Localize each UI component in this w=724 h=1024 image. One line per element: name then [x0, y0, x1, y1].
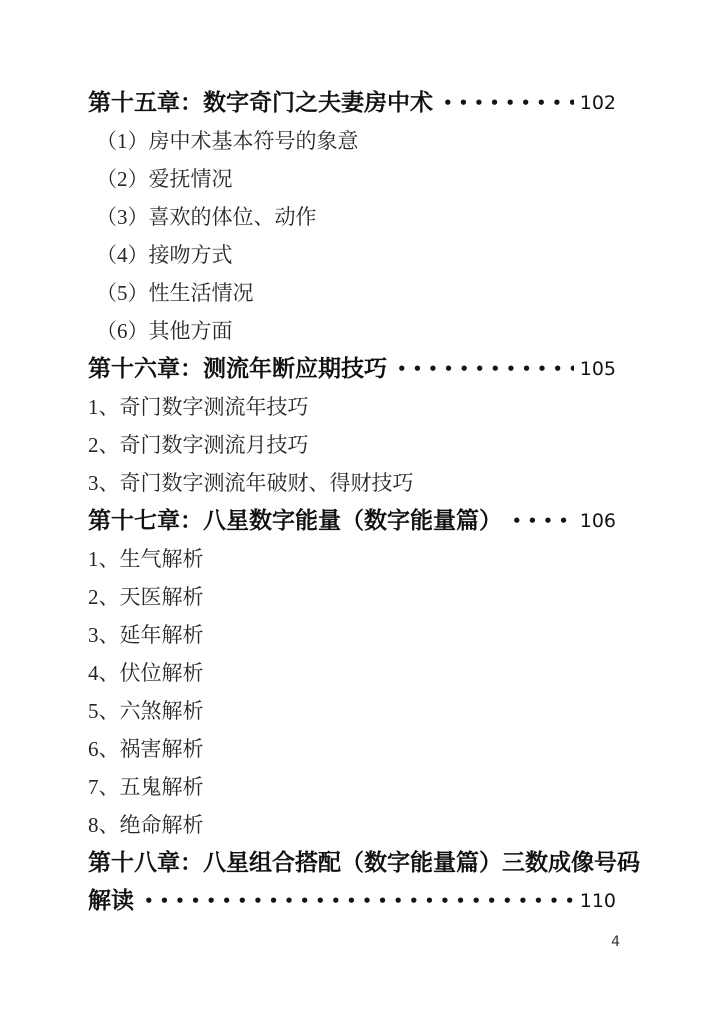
toc-entry-page-number: 105 — [580, 350, 616, 388]
toc-entry: 第十七章：八星数字能量（数字能量篇）•••••••••106 — [88, 502, 616, 540]
toc-entry: （4）接吻方式 — [88, 236, 616, 274]
dot-leader: ••••••••••••••••• — [397, 350, 574, 388]
toc-entry: 6、祸害解析 — [88, 730, 616, 768]
toc-entry-label: 4、伏位解析 — [88, 654, 204, 692]
toc-entry: 第十六章：测流年断应期技巧•••••••••••••••••105 — [88, 350, 616, 388]
toc-entry-label: 第十五章：数字奇门之夫妻房中术 — [88, 84, 433, 122]
toc-entry-label: 3、延年解析 — [88, 616, 204, 654]
toc-entry: 8、绝命解析 — [88, 806, 616, 844]
toc-entry: 第十五章：数字奇门之夫妻房中术•••••••••••••102 — [88, 84, 616, 122]
toc-entry-label: 2、天医解析 — [88, 578, 204, 616]
toc-entry: 7、五鬼解析 — [88, 768, 616, 806]
toc: 第十五章：数字奇门之夫妻房中术•••••••••••••102（1）房中术基本符… — [88, 84, 616, 920]
toc-entry-label: 第十八章：八星组合搭配（数字能量篇）三数成像号码 — [88, 844, 640, 882]
toc-entry-page-number: 110 — [580, 882, 616, 920]
toc-entry: 1、生气解析 — [88, 540, 616, 578]
toc-entry: 5、六煞解析 — [88, 692, 616, 730]
toc-entry-label: 6、祸害解析 — [88, 730, 204, 768]
toc-entry: 2、天医解析 — [88, 578, 616, 616]
toc-entry: 4、伏位解析 — [88, 654, 616, 692]
toc-entry: 1、奇门数字测流年技巧 — [88, 388, 616, 426]
toc-entry: 第十八章：八星组合搭配（数字能量篇）三数成像号码 — [88, 844, 616, 882]
toc-entry: （5）性生活情况 — [88, 274, 616, 312]
toc-entry-label: （2）爱抚情况 — [96, 160, 233, 198]
toc-entry-label: 3、奇门数字测流年破财、得财技巧 — [88, 464, 414, 502]
toc-entry-label: （3）喜欢的体位、动作 — [96, 198, 317, 236]
toc-entry: 解读••••••••••••••••••••••••••••••••••••••… — [88, 882, 616, 920]
toc-entry: 2、奇门数字测流月技巧 — [88, 426, 616, 464]
toc-entry-label: （1）房中术基本符号的象意 — [96, 122, 359, 160]
toc-entry-label: 1、生气解析 — [88, 540, 204, 578]
toc-entry-label: 7、五鬼解析 — [88, 768, 204, 806]
toc-entry-page-number: 106 — [580, 502, 616, 540]
toc-entry-label: 第十六章：测流年断应期技巧 — [88, 350, 387, 388]
toc-entry-label: （4）接吻方式 — [96, 236, 233, 274]
toc-entry-label: 解读 — [88, 882, 134, 920]
toc-entry-label: （5）性生活情况 — [96, 274, 254, 312]
footer-page-number: 4 — [611, 934, 620, 950]
document-page: 第十五章：数字奇门之夫妻房中术•••••••••••••102（1）房中术基本符… — [0, 0, 724, 1024]
toc-entry: （6）其他方面 — [88, 312, 616, 350]
toc-entry: 3、奇门数字测流年破财、得财技巧 — [88, 464, 616, 502]
toc-entry-label: 2、奇门数字测流月技巧 — [88, 426, 309, 464]
dot-leader: ••••••••••••• — [443, 84, 574, 122]
dot-leader: ••••••••• — [512, 502, 574, 540]
toc-entry-label: 1、奇门数字测流年技巧 — [88, 388, 309, 426]
toc-entry: （2）爱抚情况 — [88, 160, 616, 198]
toc-entry: （3）喜欢的体位、动作 — [88, 198, 616, 236]
dot-leader: •••••••••••••••••••••••••••••••••••••• — [144, 882, 574, 920]
toc-entry-label: 5、六煞解析 — [88, 692, 204, 730]
toc-entry: （1）房中术基本符号的象意 — [88, 122, 616, 160]
toc-entry-label: 8、绝命解析 — [88, 806, 204, 844]
toc-entry-label: （6）其他方面 — [96, 312, 233, 350]
toc-entry-label: 第十七章：八星数字能量（数字能量篇） — [88, 502, 502, 540]
toc-entry-page-number: 102 — [580, 84, 616, 122]
toc-entry: 3、延年解析 — [88, 616, 616, 654]
